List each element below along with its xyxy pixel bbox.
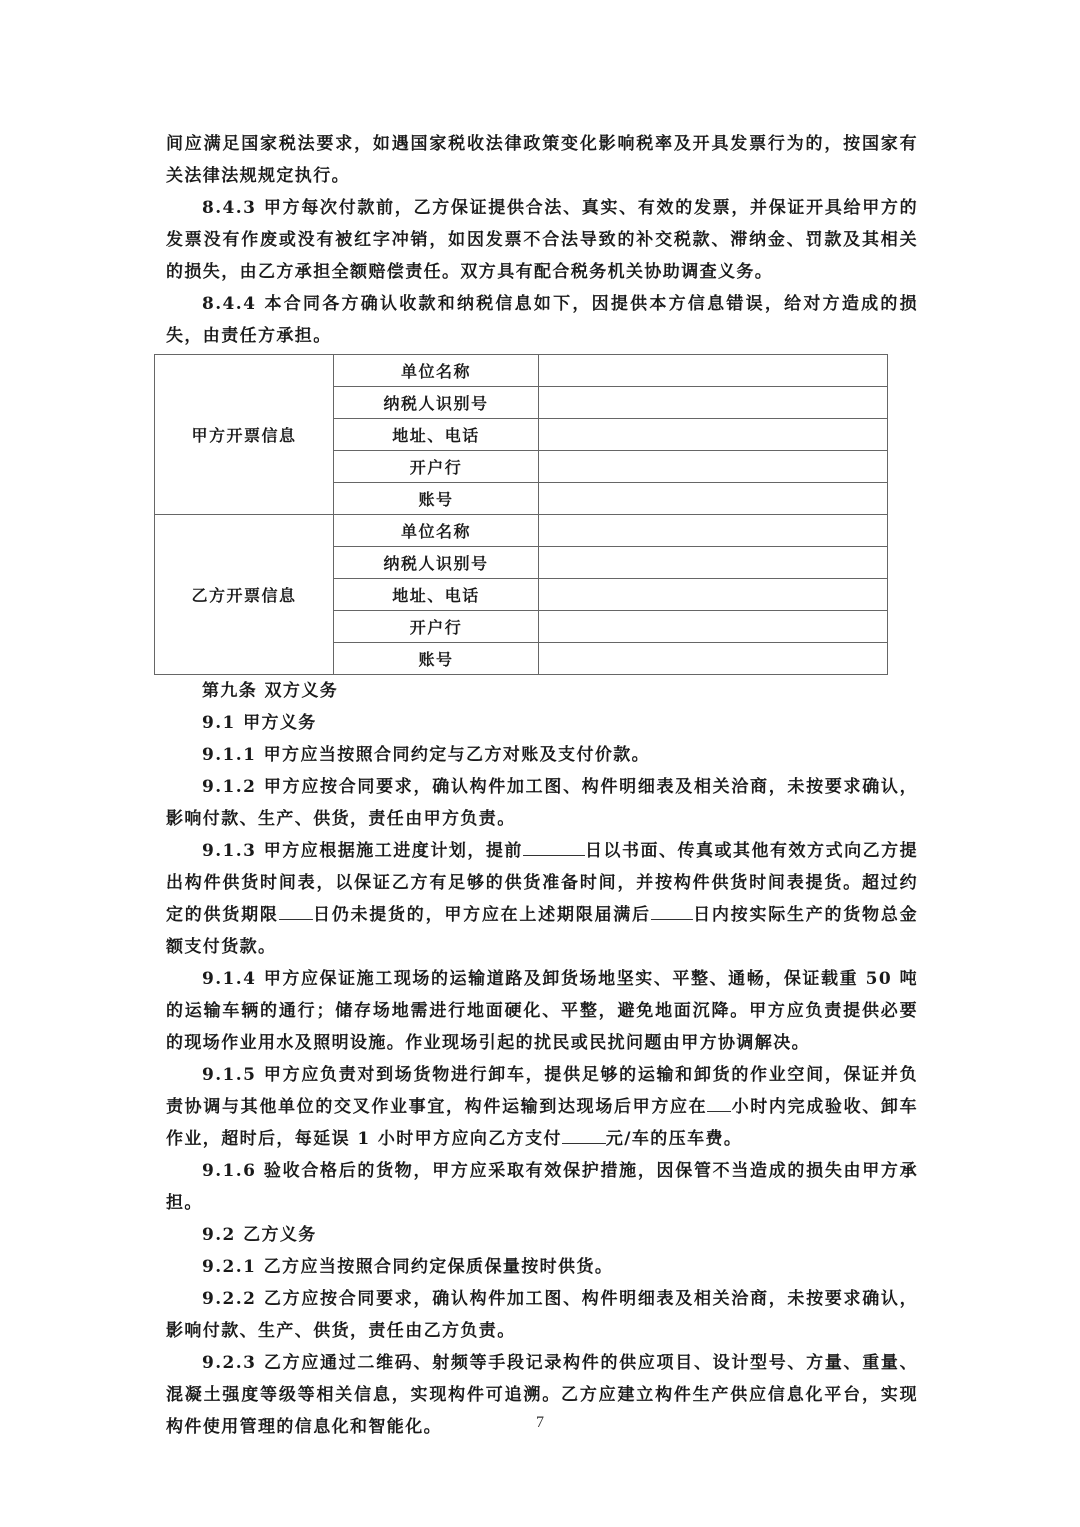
field-label: 单位名称 [334, 355, 539, 387]
clause-text: 元/车的压车费。 [606, 1129, 742, 1149]
clause-9-2-1: 9.2.1 乙方应当按照合同约定保质保量按时供货。 [166, 1251, 918, 1283]
clause-9-1-2: 9.1.2 甲方应按合同要求，确认构件加工图、构件明细表及相关洽商，未按要求确认… [166, 771, 918, 835]
clause-8-4-3: 8.4.3 甲方每次付款前，乙方保证提供合法、真实、有效的发票，并保证开具给甲方… [166, 192, 918, 288]
field-value-cell[interactable] [539, 547, 888, 579]
clause-text: 9.1.3 甲方应根据施工进度计划，提前 [202, 841, 523, 861]
section-9-2-title: 9.2 乙方义务 [166, 1219, 918, 1251]
page-number: 7 [0, 1414, 1080, 1432]
article-9-title: 第九条 双方义务 [166, 675, 918, 707]
field-label: 地址、电话 [334, 419, 539, 451]
blank-days-overdue[interactable] [279, 901, 313, 920]
clause-9-1-5: 9.1.5 甲方应负责对到场货物进行卸车，提供足够的运输和卸货的作业空间，保证并… [166, 1059, 918, 1155]
blank-hours[interactable] [707, 1093, 731, 1112]
field-value-cell[interactable] [539, 419, 888, 451]
field-label: 开户行 [334, 451, 539, 483]
blank-days-advance[interactable] [523, 837, 585, 856]
field-value-cell[interactable] [539, 611, 888, 643]
group-label-party-b: 乙方开票信息 [155, 515, 334, 675]
field-value-cell[interactable] [539, 643, 888, 675]
document-page: 间应满足国家税法要求，如遇国家税收法律政策变化影响税率及开具发票行为的，按国家有… [166, 128, 918, 1443]
field-label: 单位名称 [334, 515, 539, 547]
section-9-1-title: 9.1 甲方义务 [166, 707, 918, 739]
paragraph-tax-law: 间应满足国家税法要求，如遇国家税收法律政策变化影响税率及开具发票行为的，按国家有… [166, 128, 918, 192]
field-label: 账号 [334, 643, 539, 675]
table-row: 甲方开票信息 单位名称 [155, 355, 888, 387]
field-value-cell[interactable] [539, 387, 888, 419]
clause-9-1-3: 9.1.3 甲方应根据施工进度计划，提前日以书面、传真或其他有效方式向乙方提出构… [166, 835, 918, 963]
field-value-cell[interactable] [539, 515, 888, 547]
clause-text: 日仍未提货的，甲方应在上述期限届满后 [313, 905, 651, 925]
field-value-cell[interactable] [539, 483, 888, 515]
field-value-cell[interactable] [539, 355, 888, 387]
field-value-cell[interactable] [539, 451, 888, 483]
field-label: 开户行 [334, 611, 539, 643]
clause-8-4-4: 8.4.4 本合同各方确认收款和纳税信息如下，因提供本方信息错误，给对方造成的损… [166, 288, 918, 352]
field-label: 账号 [334, 483, 539, 515]
field-label: 纳税人识别号 [334, 387, 539, 419]
blank-days-payment[interactable] [651, 901, 693, 920]
clause-9-1-6: 9.1.6 验收合格后的货物，甲方应采取有效保护措施，因保管不当造成的损失由甲方… [166, 1155, 918, 1219]
field-value-cell[interactable] [539, 579, 888, 611]
clause-9-1-4: 9.1.4 甲方应保证施工现场的运输道路及卸货场地坚实、平整、通畅，保证载重 5… [166, 963, 918, 1059]
table-row: 乙方开票信息 单位名称 [155, 515, 888, 547]
field-label: 纳税人识别号 [334, 547, 539, 579]
clause-9-2-2: 9.2.2 乙方应按合同要求，确认构件加工图、构件明细表及相关洽商，未按要求确认… [166, 1283, 918, 1347]
clause-9-1-1: 9.1.1 甲方应当按照合同约定与乙方对账及支付价款。 [166, 739, 918, 771]
field-label: 地址、电话 [334, 579, 539, 611]
group-label-party-a: 甲方开票信息 [155, 355, 334, 515]
blank-fee-amount[interactable] [562, 1125, 606, 1144]
invoice-info-table: 甲方开票信息 单位名称 纳税人识别号 地址、电话 开户行 账号 乙方开票信 [154, 354, 888, 675]
